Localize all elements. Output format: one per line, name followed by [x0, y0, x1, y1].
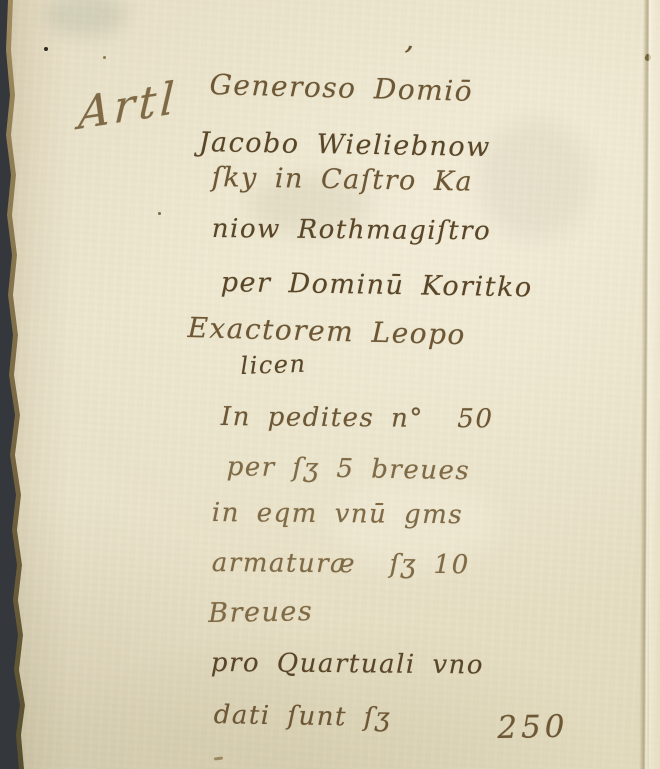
manuscript-line: ſky in Caſtro Ka — [211, 162, 473, 198]
manuscript-line: Jacobo Wieliebnow — [198, 127, 491, 163]
manuscript-line: In pedites n° 50 — [221, 402, 494, 434]
manuscript-line: Breues — [208, 596, 313, 629]
amount-figure: 250 — [497, 709, 569, 746]
manuscript-line: per ſʒ 5 breues — [226, 452, 470, 486]
manuscript-line: niow Rothmagiſtro — [212, 214, 492, 246]
manuscript-line: per Dominū Koritko — [220, 267, 532, 303]
manuscript-line: pro Quartuali vno — [211, 648, 484, 680]
manuscript-line: in eqm vnū gms — [212, 498, 464, 530]
manuscript-line: dati ſunt ſʒ — [213, 700, 391, 733]
manuscript-scan: Artl ’ Generoso Domiō Jacobo Wieliebnow … — [0, 0, 660, 769]
manuscript-line: Generoso Domiō — [209, 68, 473, 108]
manuscript-line: licen — [240, 350, 307, 380]
manuscript-line: armaturæ ſʒ 10 — [212, 548, 470, 580]
